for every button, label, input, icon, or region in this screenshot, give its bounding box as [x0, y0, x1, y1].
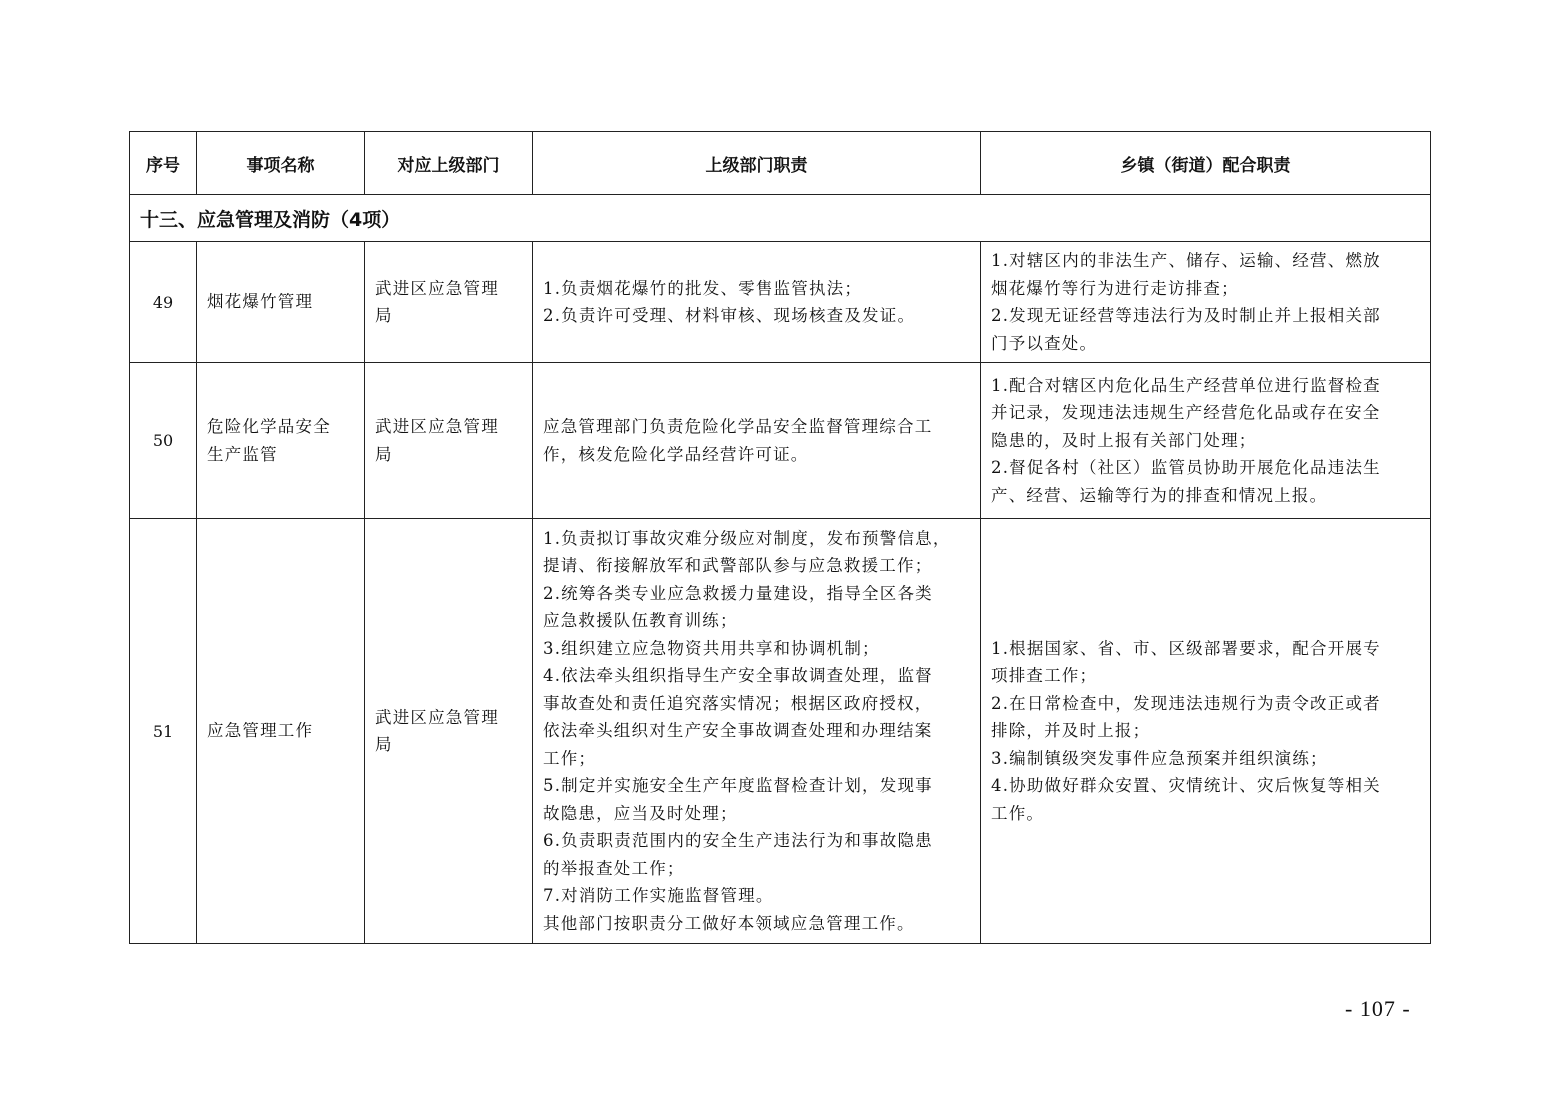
text-line: 门予以查处。	[991, 330, 1420, 358]
row-item-name: 应急管理工作	[197, 519, 365, 944]
text-line: 1.配合对辖区内危化品生产经营单位进行监督检查	[991, 372, 1420, 400]
text-line: 局	[375, 731, 522, 759]
row-township-duties: 1.根据国家、省、市、区级部署要求，配合开展专 项排查工作； 2.在日常检查中，…	[981, 519, 1431, 944]
text-line: 3.编制镇级突发事件应急预案并组织演练；	[991, 745, 1420, 773]
row-item-name: 危险化学品安全 生产监管	[197, 363, 365, 519]
text-line: 局	[375, 302, 522, 330]
page-number: - 107 -	[1345, 996, 1411, 1022]
text-line: 提请、衔接解放军和武警部队参与应急救援工作；	[543, 552, 970, 580]
text-line: 工作；	[543, 745, 970, 773]
text-line: 应急管理工作	[207, 717, 354, 745]
text-line: 烟花爆竹等行为进行走访排查；	[991, 275, 1420, 303]
text-line: 项排查工作；	[991, 662, 1420, 690]
row-township-duties: 1.配合对辖区内危化品生产经营单位进行监督检查 并记录，发现违法违规生产经营危化…	[981, 363, 1431, 519]
header-superior-duties: 上级部门职责	[533, 132, 981, 195]
table-row: 50 危险化学品安全 生产监管 武进区应急管理 局 应急管理部门负责危险化学品安…	[130, 363, 1431, 519]
text-line: 的举报查处工作；	[543, 855, 970, 883]
header-item-name: 事项名称	[197, 132, 365, 195]
text-line: 应急救援队伍教育训练；	[543, 607, 970, 635]
text-line: 6.负责职责范围内的安全生产违法行为和事故隐患	[543, 827, 970, 855]
text-line: 3.组织建立应急物资共用共享和协调机制；	[543, 635, 970, 663]
text-line: 事故查处和责任追究落实情况；根据区政府授权，	[543, 690, 970, 718]
header-superior-dept: 对应上级部门	[365, 132, 533, 195]
text-line: 4.协助做好群众安置、灾情统计、灾后恢复等相关	[991, 772, 1420, 800]
row-superior-duties: 应急管理部门负责危险化学品安全监督管理综合工 作，核发危险化学品经营许可证。	[533, 363, 981, 519]
document-page: 序号 事项名称 对应上级部门 上级部门职责 乡镇（街道）配合职责 十三、应急管理…	[0, 0, 1559, 1102]
text-line: 2.督促各村（社区）监管员协助开展危化品违法生	[991, 454, 1420, 482]
section-title: 十三、应急管理及消防（4项）	[130, 195, 1431, 242]
text-line: 并记录，发现违法违规生产经营危化品或存在安全	[991, 399, 1420, 427]
text-line: 1.负责拟订事故灾难分级应对制度，发布预警信息，	[543, 525, 970, 553]
row-dept: 武进区应急管理 局	[365, 242, 533, 363]
text-line: 排除，并及时上报；	[991, 717, 1420, 745]
table-row: 49 烟花爆竹管理 武进区应急管理 局 1.负责烟花爆竹的批发、零售监管执法； …	[130, 242, 1431, 363]
text-line: 武进区应急管理	[375, 275, 522, 303]
text-line: 其他部门按职责分工做好本领域应急管理工作。	[543, 910, 970, 938]
text-line: 隐患的，及时上报有关部门处理；	[991, 427, 1420, 455]
text-line: 依法牵头组织对生产安全事故调查处理和办理结案	[543, 717, 970, 745]
table-row: 51 应急管理工作 武进区应急管理 局 1.负责拟订事故灾难分级应对制度，发布预…	[130, 519, 1431, 944]
text-line: 局	[375, 441, 522, 469]
row-township-duties: 1.对辖区内的非法生产、储存、运输、经营、燃放 烟花爆竹等行为进行走访排查； 2…	[981, 242, 1431, 363]
text-line: 2.在日常检查中，发现违法违规行为责令改正或者	[991, 690, 1420, 718]
row-item-name: 烟花爆竹管理	[197, 242, 365, 363]
text-line: 烟花爆竹管理	[207, 288, 354, 316]
text-line: 1.负责烟花爆竹的批发、零售监管执法；	[543, 275, 970, 303]
text-line: 作，核发危险化学品经营许可证。	[543, 441, 970, 469]
text-line: 4.依法牵头组织指导生产安全事故调查处理，监督	[543, 662, 970, 690]
row-seq: 51	[130, 519, 197, 944]
header-township-duties: 乡镇（街道）配合职责	[981, 132, 1431, 195]
text-line: 工作。	[991, 800, 1420, 828]
row-dept: 武进区应急管理 局	[365, 519, 533, 944]
row-seq: 50	[130, 363, 197, 519]
text-line: 2.统筹各类专业应急救援力量建设，指导全区各类	[543, 580, 970, 608]
text-line: 7.对消防工作实施监督管理。	[543, 882, 970, 910]
text-line: 生产监管	[207, 441, 354, 469]
text-line: 1.对辖区内的非法生产、储存、运输、经营、燃放	[991, 247, 1420, 275]
text-line: 2.发现无证经营等违法行为及时制止并上报相关部	[991, 302, 1420, 330]
text-line: 产、经营、运输等行为的排查和情况上报。	[991, 482, 1420, 510]
responsibility-table: 序号 事项名称 对应上级部门 上级部门职责 乡镇（街道）配合职责 十三、应急管理…	[129, 131, 1431, 944]
text-line: 应急管理部门负责危险化学品安全监督管理综合工	[543, 413, 970, 441]
text-line: 武进区应急管理	[375, 413, 522, 441]
header-seq: 序号	[130, 132, 197, 195]
section-row: 十三、应急管理及消防（4项）	[130, 195, 1431, 242]
text-line: 5.制定并实施安全生产年度监督检查计划，发现事	[543, 772, 970, 800]
text-line: 危险化学品安全	[207, 413, 354, 441]
text-line: 1.根据国家、省、市、区级部署要求，配合开展专	[991, 635, 1420, 663]
row-dept: 武进区应急管理 局	[365, 363, 533, 519]
row-superior-duties: 1.负责烟花爆竹的批发、零售监管执法； 2.负责许可受理、材料审核、现场核查及发…	[533, 242, 981, 363]
table-header-row: 序号 事项名称 对应上级部门 上级部门职责 乡镇（街道）配合职责	[130, 132, 1431, 195]
text-line: 2.负责许可受理、材料审核、现场核查及发证。	[543, 302, 970, 330]
row-seq: 49	[130, 242, 197, 363]
row-superior-duties: 1.负责拟订事故灾难分级应对制度，发布预警信息， 提请、衔接解放军和武警部队参与…	[533, 519, 981, 944]
text-line: 故隐患，应当及时处理；	[543, 800, 970, 828]
text-line: 武进区应急管理	[375, 704, 522, 732]
